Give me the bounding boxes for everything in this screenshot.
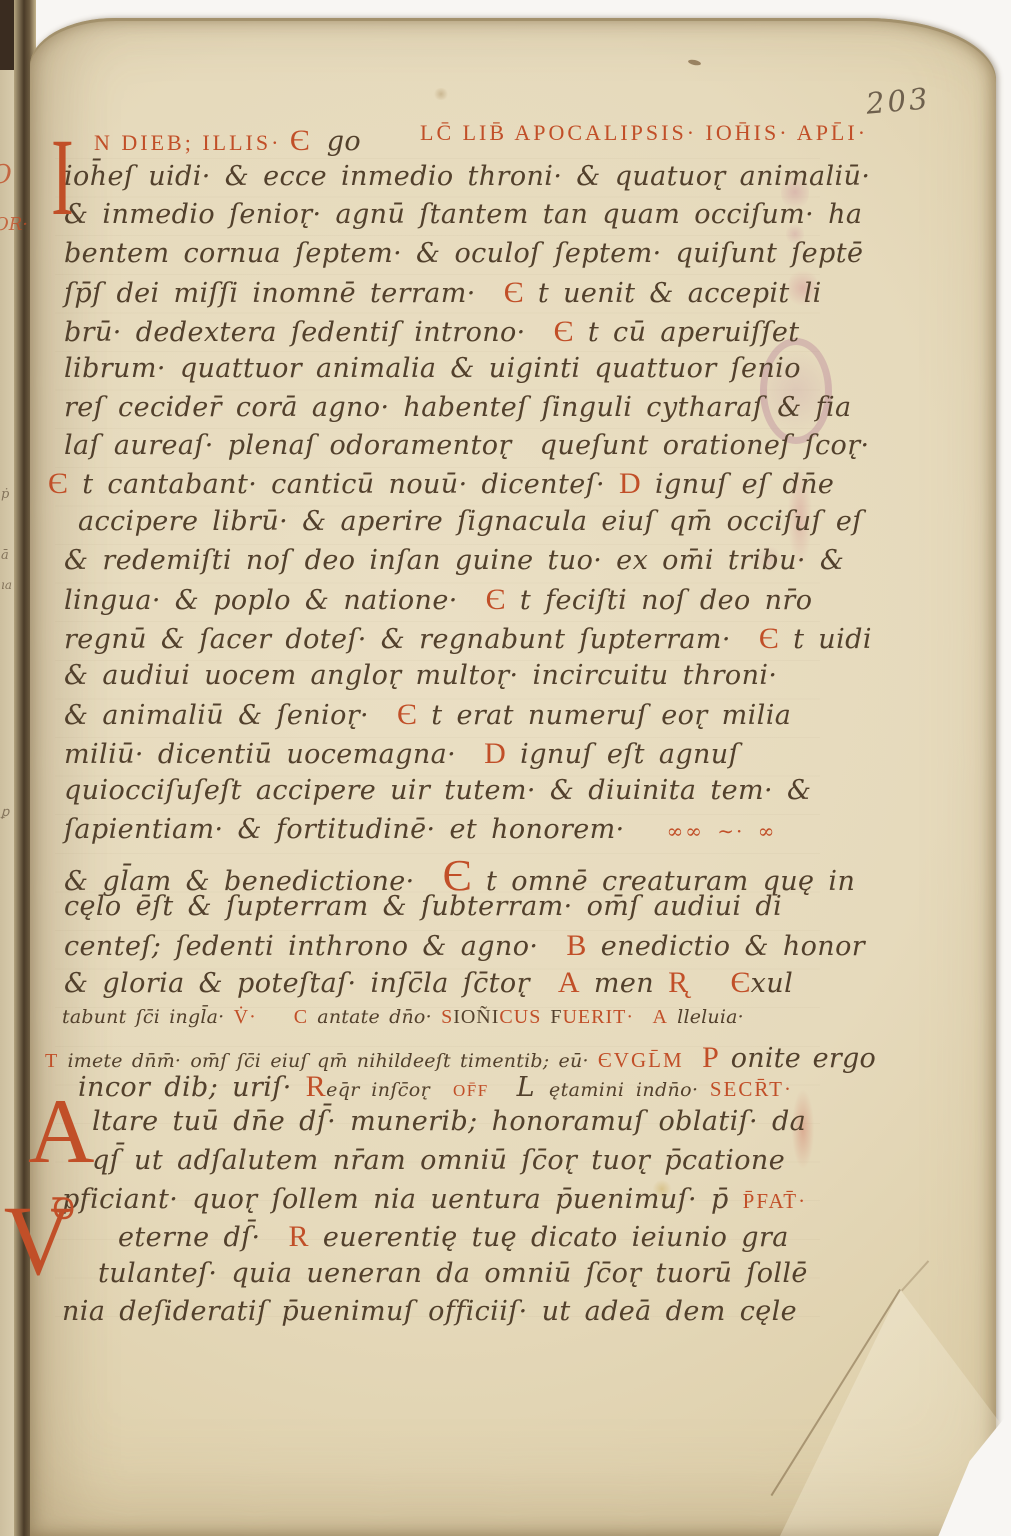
text-line: T imete dn̄m̄· om̄ſ ſc̄i eiuſ qm̄ nihild…	[45, 1043, 876, 1073]
text-segment: lleluia·	[668, 1006, 744, 1028]
text-line: bentem cornua ſeptem· & oculoſ ſeptem· q…	[64, 240, 863, 267]
text-segment: ſp̄ſ dei miſſi inomnē terram·	[64, 278, 504, 309]
text-segment: enedictio & honor	[587, 931, 865, 962]
text-segment: & animaliū & ſenior̨·	[64, 700, 397, 731]
text-segment: & audiui uocem anglor̨ multor̨· incircui…	[64, 660, 777, 691]
text-line: & audiui uocem anglor̨ multor̨· incircui…	[64, 662, 777, 689]
illuminated-initial: Ꝺ	[52, 1196, 75, 1223]
text-segment: t cantabant· canticū nouū· dicenteſ·	[68, 469, 619, 500]
rubric-segment: R̨	[668, 966, 688, 999]
text-segment: accipere librū· & aperire ſignacula eiuſ…	[78, 506, 863, 537]
rubric-segment: Є	[730, 966, 750, 999]
text-line: ſp̄ſ dei miſſi inomnē terram· Є t uenit …	[64, 278, 822, 308]
text-line: regnū & ſacer doteſ· & regnabunt ſupterr…	[64, 624, 872, 654]
text-segment: t erat numeruſ eor̨ milia	[417, 700, 791, 731]
rubric-segment: Є	[486, 583, 506, 616]
rubric-segment: S	[441, 1006, 453, 1028]
text-line: nia deſideratiſ p̄uenimuſ officiiſ· ut a…	[62, 1298, 797, 1325]
text-segment: qſ̄ ut adſalutem nr̄am omniū ſc̄or̨ tuor…	[92, 1145, 785, 1176]
text-segment: cęlo ēſt & ſupterram & ſubterram· om̄ſ a…	[64, 891, 782, 922]
text-segment	[281, 130, 290, 155]
rubric-segment: C	[294, 1006, 308, 1028]
text-line: eterne dſ̄· R euerentię tuę dicato ieiun…	[118, 1222, 789, 1252]
illuminated-initial: I	[51, 128, 74, 227]
text-line: accipere librū· & aperire ſignacula eiuſ…	[78, 508, 863, 535]
text-line: librum· quattuor animalia & uiginti quat…	[64, 355, 801, 382]
text-segment: lingua· & poplo & natione·	[64, 585, 486, 616]
previous-page-fragment: ıa	[1, 578, 12, 592]
text-line: incor dib; uriſ· Req̄r inſc̄or̨ OF̄F L ę…	[78, 1072, 793, 1102]
rubric-segment: A	[558, 966, 580, 999]
previous-page-fragment: Ɔ	[0, 160, 12, 190]
text-segment: onite ergo	[719, 1043, 876, 1074]
text-segment: eq̄r inſc̄or̨	[326, 1079, 453, 1101]
text-line: laſ aureaſ· plenaſ odoramentor̨ queſunt …	[64, 432, 870, 459]
rubric-segment: UERIT·	[562, 1006, 634, 1028]
text-segment: t uenit & accepit li	[524, 278, 822, 309]
text-line: tabunt ſc̄i ingl̄a· V̇· C antate dn̄o· S…	[62, 1007, 744, 1027]
text-segment	[257, 1006, 294, 1028]
text-line: & inmedio ſenior̨· agnū ſtantem tan quam…	[64, 201, 862, 228]
previous-page-fragment: ā	[1, 548, 9, 563]
text-line: brū· dedextera ſedentiſ introno· Є t cū …	[64, 317, 799, 347]
rubric-segment: R	[306, 1070, 326, 1103]
text-segment: & gloria & poteſtaſ· inſc̄la ſc̄tor̨	[64, 968, 558, 999]
manuscript-photo: 203 N DIEB; ILLIS· Є goLC̄ LIB̄ APOCALIP…	[0, 0, 1011, 1536]
text-segment: incor dib; uriſ·	[78, 1072, 306, 1103]
text-segment: miliū· dicentiū uocemagna·	[64, 739, 484, 770]
text-segment: xul	[751, 968, 793, 999]
text-segment: imete dn̄m̄· om̄ſ ſc̄i eiuſ qm̄ nihildee…	[58, 1050, 598, 1072]
rubric-segment: R	[289, 1220, 309, 1253]
text-segment: librum· quattuor animalia & uiginti quat…	[64, 353, 801, 384]
rubric-segment: D	[484, 737, 506, 770]
text-segment: go	[313, 126, 361, 157]
rubric-segment: Є	[48, 467, 68, 500]
text-line: cęlo ēſt & ſupterram & ſubterram· om̄ſ a…	[64, 893, 782, 920]
text-segment: IOÑI	[453, 1006, 499, 1028]
text-line: lingua· & poplo & natione· Є t feciſti n…	[64, 585, 812, 615]
text-segment: ignuſ eſ dn̄e	[641, 469, 834, 500]
text-segment: reſ cecider̄ corā agno· habenteſ ſinguli…	[64, 392, 852, 423]
rubric-segment: P̄FAT̄·	[743, 1189, 807, 1213]
text-line: ſapientiam· & fortitudinē· et honorem· ∞…	[64, 816, 776, 843]
text-segment: ętamini indn̄o·	[549, 1079, 710, 1101]
text-line: ltare tuū dn̄e dſ̄· munerib; honoramuſ o…	[92, 1108, 806, 1135]
text-segment: t cū aperuiſſet	[574, 317, 800, 348]
text-line: pficiant· quor̨ ſollem nia uentura p̄uen…	[62, 1186, 807, 1213]
text-line: tulanteſ· quia ueneran da omniū ſc̄or̨ t…	[98, 1260, 808, 1287]
text-line: ioh̄eſ uidi· & ecce inmedio throni· & qu…	[64, 163, 870, 190]
text-line: centeſ; ſedenti inthrono & agno· B enedi…	[64, 931, 865, 961]
text-line: miliū· dicentiū uocemagna· D ignuſ eſt a…	[64, 739, 739, 769]
rubric-segment: LC̄ LIB̄ APOCALIPSIS· IOH̄IS· APL̄I·	[420, 120, 868, 145]
text-segment: ignuſ eſt agnuſ	[506, 739, 739, 770]
rubric-segment: Є	[504, 276, 524, 309]
text-segment: ioh̄eſ uidi· & ecce inmedio throni· & qu…	[64, 161, 870, 192]
rubric-segment: V̇·	[234, 1006, 257, 1028]
rubric-segment: D	[619, 467, 641, 500]
text-segment: quiocciſuſeſt accipere uir tutem· & diui…	[64, 775, 811, 806]
rubric-segment: ∞∞ ∼· ∞	[667, 819, 777, 843]
text-line: & redemiſti noſ deo inſan guine tuo· ex …	[64, 547, 844, 574]
previous-page-fragment: ṗ	[1, 487, 9, 502]
rubric-segment: OF̄F	[453, 1081, 489, 1100]
text-line: qſ̄ ut adſalutem nr̄am omniū ſc̄or̨ tuor…	[92, 1147, 785, 1174]
text-segment: ſapientiam· & fortitudinē· et honorem·	[64, 814, 667, 845]
text-segment	[634, 1006, 652, 1028]
text-segment: ltare tuū dn̄e dſ̄· munerib; honoramuſ o…	[92, 1106, 806, 1137]
text-segment: centeſ; ſedenti inthrono & agno·	[64, 931, 566, 962]
text-line: & animaliū & ſenior̨· Є t erat numeruſ e…	[64, 700, 791, 730]
rubric-segment: CUS	[499, 1006, 541, 1028]
rubric-segment: Є	[554, 315, 574, 348]
text-line: quiocciſuſeſt accipere uir tutem· & diui…	[64, 777, 811, 804]
text-segment: & inmedio ſenior̨· agnū ſtantem tan quam…	[64, 199, 862, 230]
text-segment: antate dn̄o·	[308, 1006, 441, 1028]
text-segment: tabunt ſc̄i ingl̄a·	[62, 1006, 234, 1028]
text-segment: & redemiſti noſ deo inſan guine tuo· ex …	[64, 545, 844, 576]
rubric-segment: B	[566, 929, 586, 962]
text-line: & gloria & poteſtaſ· inſc̄la ſc̄tor̨ A m…	[64, 968, 793, 998]
text-segment: regnū & ſacer doteſ· & regnabunt ſupterr…	[64, 624, 759, 655]
rubric-segment: A	[652, 1006, 667, 1028]
illuminated-initial: A	[28, 1090, 94, 1173]
text-segment: t uidi	[779, 624, 872, 655]
text-segment: laſ aureaſ· plenaſ odoramentor̨ queſunt …	[64, 430, 870, 461]
text-segment: nia deſideratiſ p̄uenimuſ officiiſ· ut a…	[62, 1296, 797, 1327]
rubric-segment: T	[45, 1050, 58, 1072]
text-segment: men	[580, 968, 668, 999]
text-segment: pficiant· quor̨ ſollem nia uentura p̄uen…	[62, 1184, 743, 1215]
text-layer: N DIEB; ILLIS· Є goLC̄ LIB̄ APOCALIPSIS·…	[0, 0, 1011, 1536]
text-segment: brū· dedextera ſedentiſ introno·	[64, 317, 554, 348]
text-segment: L	[489, 1072, 549, 1103]
rubric-segment: N DIEB; ILLIS·	[94, 130, 281, 155]
text-segment: t feciſti noſ deo nr̄o	[506, 585, 812, 616]
text-segment: eterne dſ̄·	[118, 1222, 289, 1253]
rubric-segment: Є	[397, 698, 417, 731]
rubric-segment: ЄVGL̄M	[598, 1048, 684, 1072]
rubric-segment: Є	[290, 124, 313, 157]
text-segment: F	[541, 1006, 562, 1028]
text-line: LC̄ LIB̄ APOCALIPSIS· IOH̄IS· APL̄I·	[420, 122, 868, 144]
rubric-segment: Є	[759, 622, 779, 655]
text-segment: bentem cornua ſeptem· & oculoſ ſeptem· q…	[64, 238, 863, 269]
rubric-segment: P	[702, 1041, 719, 1074]
text-line: Є t cantabant· canticū nouū· dicenteſ· D…	[48, 469, 834, 499]
text-segment	[688, 968, 730, 999]
rubric-segment: SECR̄T·	[710, 1077, 793, 1101]
previous-page-fragment: OR·	[0, 214, 28, 235]
previous-page-fragment: ꝑ	[1, 805, 9, 820]
text-segment: tulanteſ· quia ueneran da omniū ſc̄or̨ t…	[98, 1258, 808, 1289]
text-line: N DIEB; ILLIS· Є go	[94, 126, 361, 156]
text-segment: euerentię tuę dicato ieiunio gra	[309, 1222, 789, 1253]
text-segment	[684, 1050, 702, 1072]
text-line: reſ cecider̄ corā agno· habenteſ ſinguli…	[64, 394, 852, 421]
